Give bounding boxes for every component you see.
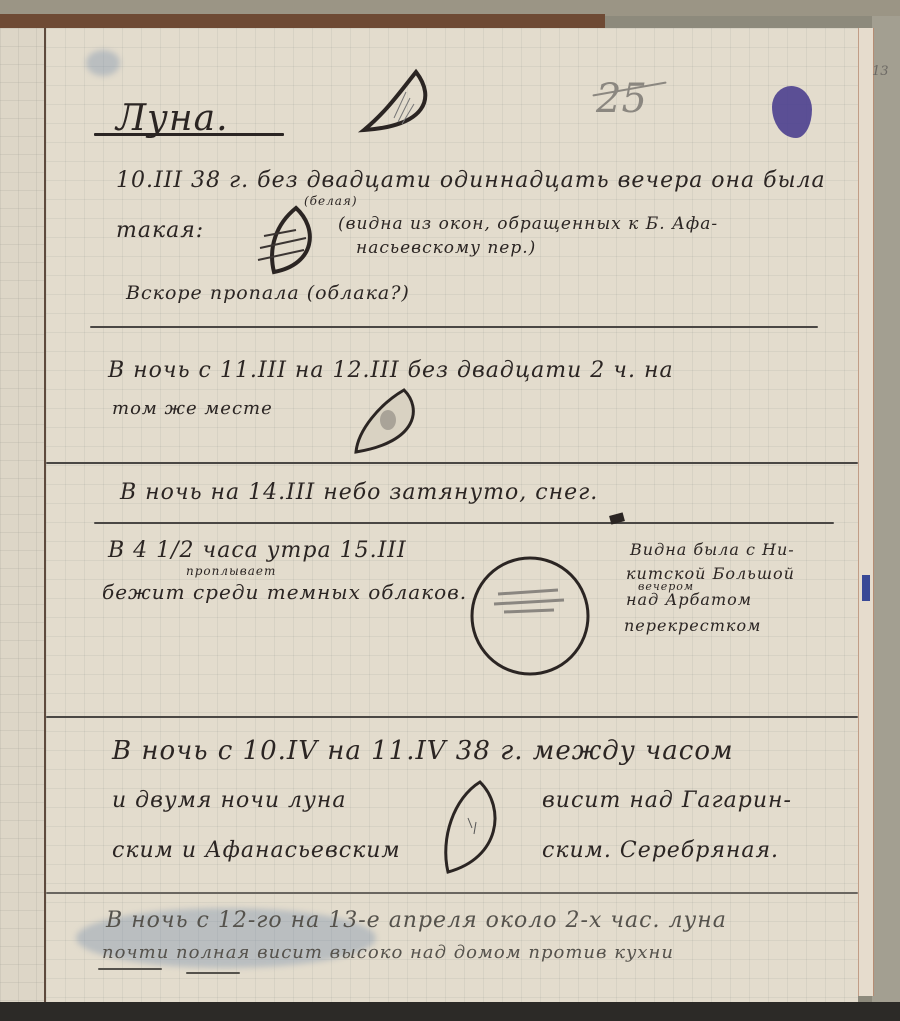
entry-2-line-1: В ночь с 11.III на 12.III без двадцати 2… [108,358,674,383]
underline-pochti [98,968,162,970]
divider [90,326,818,328]
entry-5-right-1: висит над Гагарин- [542,788,792,813]
entry-3-line-1: В ночь на 14.III небо затянуто, снег. [120,480,598,505]
entry-4-aside-4: перекрестком [624,616,761,635]
blue-smudge [86,50,120,76]
notebook-page: 13 25 Луна. 10.III 38 г. без двадцати од… [46,28,858,1004]
divider [46,892,858,894]
cover-board [872,16,900,1006]
page-edge [858,28,874,996]
entry-1-line-1: 10.III 38 г. без двадцати одиннадцать ве… [116,168,826,193]
moon-sketch-icon [256,202,326,282]
pencil-page-number: 25 [596,76,647,122]
entry-1-line-3: Вскоре пропала (облака?) [126,282,410,304]
entry-1-aside-1: (видна из окон, обращенных к Б. Афа- [338,214,718,234]
entry-4-aside-1: Видна была с Ни- [630,540,795,559]
notebook-binding [0,14,605,28]
divider [46,462,858,464]
entry-5-right-2: ским. Серебряная. [542,838,779,863]
entry-6-line-1: В ночь с 12-го на 13-е апреля около 2-х … [106,908,727,933]
moon-crescent-sketch-icon [440,778,510,878]
background-bottom [0,1002,900,1021]
divider [46,716,858,718]
underline-polnaya [186,972,240,974]
entry-6-line-2: почти полная висит высоко над домом прот… [102,942,674,963]
entry-5-line-1: В ночь с 10.IV на 11.IV 38 г. между часо… [112,736,734,766]
ink-blot [772,86,812,138]
entry-2-line-2: том же месте [112,398,273,419]
blue-tab-marker [862,575,870,601]
left-page [0,28,46,1002]
entry-1-aside-2: насьевскому пер.) [356,238,536,258]
entry-4-line-1: В 4 1/2 часа утра 15.III [108,538,407,563]
entry-5-left-1: и двумя ночи луна [112,788,346,813]
divider [94,522,834,524]
entry-5-left-2: ским и Афанасьевским [112,838,401,863]
folio-number: 13 [872,64,889,79]
moon-crescent-icon [356,68,436,138]
moon-drawing-icon [346,386,426,458]
entry-4-insert: проплывает [186,564,276,578]
full-moon-icon [468,554,598,684]
entry-4-aside-3: над Арбатом [626,590,752,609]
entry-4-line-2: бежит среди темных облаков. [102,580,467,604]
title-underline [94,133,284,136]
entry-1-line-2: такая: [116,218,204,243]
